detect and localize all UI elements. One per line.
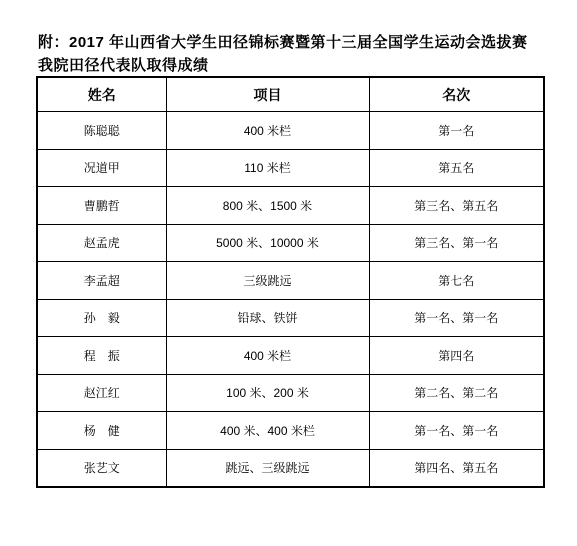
name-cell: 孙 毅 (37, 299, 166, 337)
event-cell: 800 米、1500 米 (166, 187, 369, 225)
place-cell: 第一名、第一名 (369, 412, 544, 450)
event-cell: 三级跳远 (166, 262, 369, 300)
place-cell: 第五名 (369, 149, 544, 187)
event-cell: 400 米栏 (166, 337, 369, 375)
event-cell: 跳远、三级跳远 (166, 449, 369, 487)
header-row: 姓名 项目 名次 (37, 77, 544, 112)
name-cell: 赵孟虎 (37, 224, 166, 262)
event-cell: 400 米栏 (166, 112, 369, 150)
table-row: 况道甲 110 米栏 第五名 (37, 149, 544, 187)
place-cell: 第四名、第五名 (369, 449, 544, 487)
event-cell: 100 米、200 米 (166, 374, 369, 412)
place-cell: 第一名、第一名 (369, 299, 544, 337)
document-page: { "page": { "background_color": "#ffffff… (0, 0, 577, 546)
place-cell: 第三名、第一名 (369, 224, 544, 262)
table-header: 姓名 项目 名次 (37, 77, 544, 112)
table-row: 杨 健 400 米、400 米栏 第一名、第一名 (37, 412, 544, 450)
table-row: 赵江红 100 米、200 米 第二名、第二名 (37, 374, 544, 412)
header-name: 姓名 (37, 77, 166, 112)
place-cell: 第七名 (369, 262, 544, 300)
name-cell: 杨 健 (37, 412, 166, 450)
event-cell: 铅球、铁饼 (166, 299, 369, 337)
name-cell: 陈聪聪 (37, 112, 166, 150)
table-row: 程 振 400 米栏 第四名 (37, 337, 544, 375)
table-row: 陈聪聪 400 米栏 第一名 (37, 112, 544, 150)
name-cell: 李孟超 (37, 262, 166, 300)
page-title: 附：2017 年山西省大学生田径锦标赛暨第十三届全国学生运动会选拔赛我院田径代表… (38, 31, 530, 77)
table-body: 陈聪聪 400 米栏 第一名 况道甲 110 米栏 第五名 曹鹏哲 800 米、… (37, 112, 544, 488)
event-cell: 110 米栏 (166, 149, 369, 187)
event-cell: 400 米、400 米栏 (166, 412, 369, 450)
name-cell: 况道甲 (37, 149, 166, 187)
place-cell: 第二名、第二名 (369, 374, 544, 412)
header-place: 名次 (369, 77, 544, 112)
name-cell: 张艺文 (37, 449, 166, 487)
table-row: 李孟超 三级跳远 第七名 (37, 262, 544, 300)
place-cell: 第四名 (369, 337, 544, 375)
place-cell: 第一名 (369, 112, 544, 150)
place-cell: 第三名、第五名 (369, 187, 544, 225)
name-cell: 曹鹏哲 (37, 187, 166, 225)
results-table: 姓名 项目 名次 陈聪聪 400 米栏 第一名 况道甲 110 米栏 第五名 曹… (36, 76, 545, 488)
header-event: 项目 (166, 77, 369, 112)
name-cell: 程 振 (37, 337, 166, 375)
table-row: 曹鹏哲 800 米、1500 米 第三名、第五名 (37, 187, 544, 225)
name-cell: 赵江红 (37, 374, 166, 412)
table-row: 赵孟虎 5000 米、10000 米 第三名、第一名 (37, 224, 544, 262)
table-row: 孙 毅 铅球、铁饼 第一名、第一名 (37, 299, 544, 337)
event-cell: 5000 米、10000 米 (166, 224, 369, 262)
table-row: 张艺文 跳远、三级跳远 第四名、第五名 (37, 449, 544, 487)
